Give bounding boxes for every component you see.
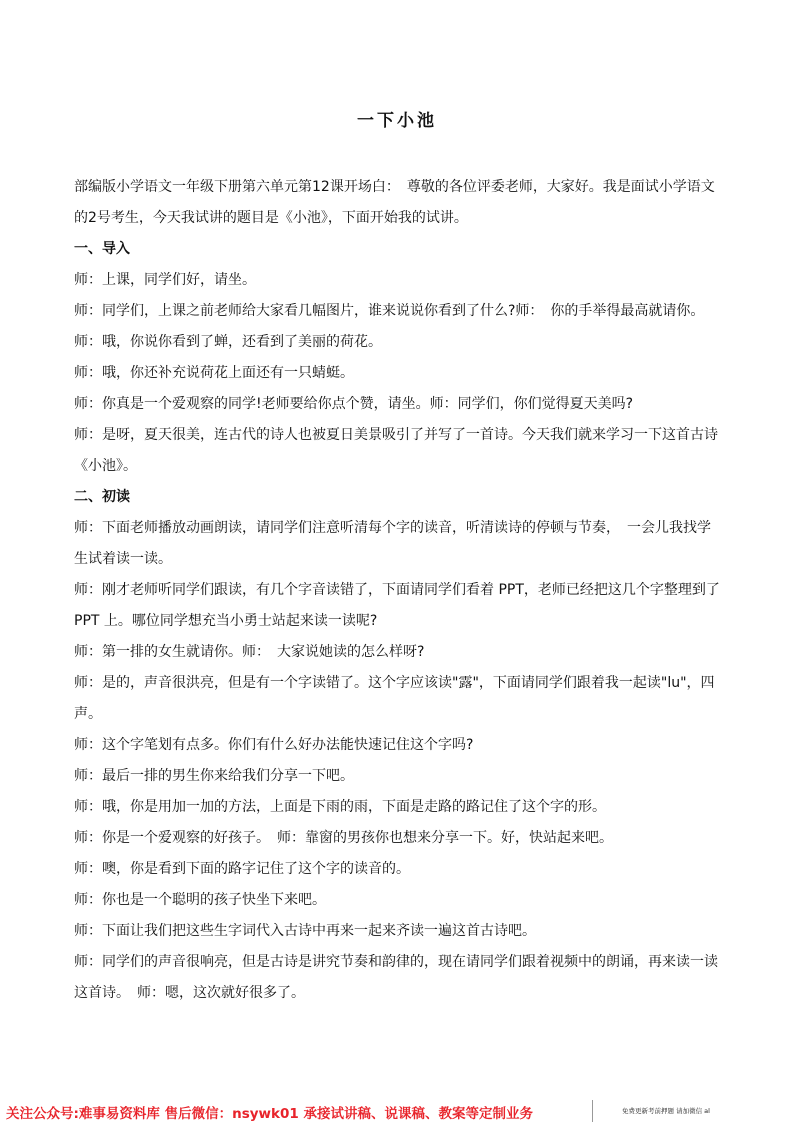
paragraph: 师：是的，声音很洪亮，但是有一个字读错了。这个字应该读"露"，下面请同学们跟着我… [74,668,724,730]
paragraph: 师：哦，你还补充说荷花上面还有一只蜻蜓。 [74,358,724,389]
paragraph: 师：第一排的女生就请你。师： 大家说她读的怎么样呀? [74,637,724,668]
paragraph: 师：这个字笔划有点多。你们有什么好办法能快速记住这个字吗? [74,730,724,761]
section-heading: 二、初读 [74,482,724,513]
paragraph: 师：下面老师播放动画朗读，请同学们注意听清每个字的读音，听清读诗的停顿与节奏， … [74,513,724,575]
document-title: 一下小池 [0,106,794,131]
paragraph: 师：噢，你是看到下面的路字记住了这个字的读音的。 [74,854,724,885]
paragraph: 师：哦，你是用加一加的方法，上面是下雨的雨，下面是走路的路记住了这个字的形。 [74,792,724,823]
page-footer: 关注公众号:难事易资料库 售后微信：nsywk01 承接试讲稿、说课稿、教案等定… [0,1100,794,1122]
paragraph: 师：最后一排的男生你来给我们分享一下吧。 [74,761,724,792]
paragraph: 师：你也是一个聪明的孩子快坐下来吧。 [74,885,724,916]
paragraph: 师：同学们，上课之前老师给大家看几幅图片，谁来说说你看到了什么?师： 你的手举得… [74,296,724,358]
document-body: 部编版小学语文一年级下册第六单元第12课开场白： 尊敬的各位评委老师，大家好。我… [74,172,724,1009]
paragraph: 师：是呀，夏天很美，连古代的诗人也被夏日美景吸引了并写了一首诗。今天我们就来学习… [74,420,724,482]
paragraph: 师：同学们的声音很响亮，但是古诗是讲究节奏和韵律的，现在请同学们跟着视频中的朗诵… [74,947,724,1009]
intro-paragraph: 部编版小学语文一年级下册第六单元第12课开场白： 尊敬的各位评委老师，大家好。我… [74,172,724,234]
section-intro: 一、导入 师：上课，同学们好，请坐。 师：同学们，上课之前老师给大家看几幅图片，… [74,234,724,482]
footer-divider [592,1100,593,1122]
footer-promo-text: 关注公众号:难事易资料库 售后微信：nsywk01 承接试讲稿、说课稿、教案等定… [6,1102,533,1122]
paragraph: 师：你真是一个爱观察的同学!老师要给你点个赞，请坐。师：同学们，你们觉得夏天美吗… [74,389,724,420]
paragraph: 师：刚才老师听同学们跟读，有几个字音读错了，下面请同学们看着 PPT，老师已经把… [74,575,724,637]
section-heading: 一、导入 [74,234,724,265]
paragraph: 师：你是一个爱观察的好孩子。 师：靠窗的男孩你也想来分享一下。好，快站起来吧。 [74,823,724,854]
paragraph: 师：下面让我们把这些生字词代入古诗中再来一起来齐读一遍这首古诗吧。 [74,916,724,947]
paragraph: 师：上课，同学们好，请坐。 [74,265,724,296]
section-first-reading: 二、初读 师：下面老师播放动画朗读，请同学们注意听清每个字的读音，听清读诗的停顿… [74,482,724,1009]
footer-note: 免费更新考前押题 请加微信 al [622,1106,710,1115]
